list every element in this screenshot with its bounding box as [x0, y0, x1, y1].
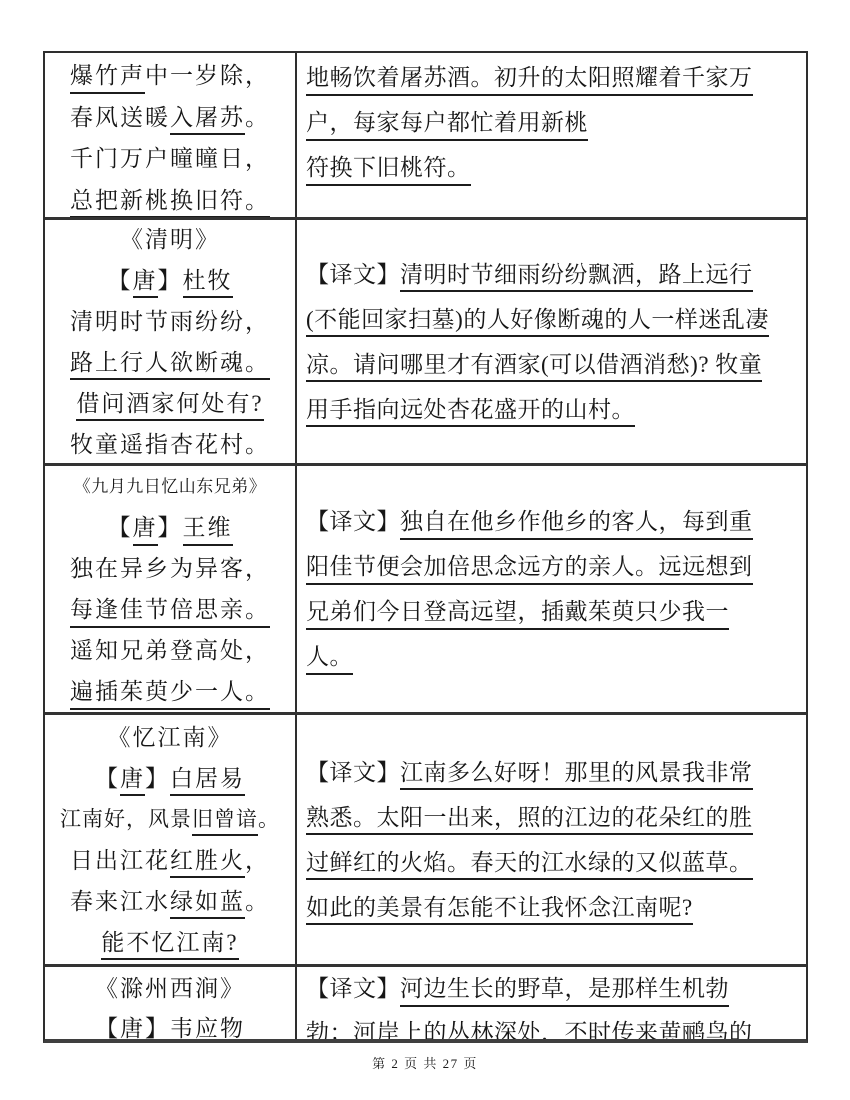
underlined-segment: 绿如蓝 [170, 889, 245, 920]
text-segment: 【 [95, 1016, 120, 1039]
underlined-segment: 能不忆江南? [101, 930, 238, 961]
verse-line: 春来江水绿如蓝。 [70, 881, 270, 922]
underlined-segment: 杜牧 [183, 268, 233, 299]
poem-cell: 《忆江南》【唐】白居易江南好，风景旧曾谙。日出江花红胜火，春来江水绿如蓝。能不忆… [45, 715, 297, 964]
table-row: 《清明》【唐】杜牧清明时节雨纷纷，路上行人欲断魂。借问酒家何处有?牧童遥指杏花村… [45, 217, 806, 463]
poems-table: 爆竹声中一岁除，春风送暖入屠苏。千门万户曈曈日，总把新桃换旧符。地畅饮着屠苏酒。… [43, 51, 808, 1043]
underlined-segment: 红胜火 [170, 848, 245, 879]
table-row: 《九月九日忆山东兄弟》【唐】王维独在异乡为异客，每逢佳节倍思亲。遥知兄弟登高处，… [45, 463, 806, 712]
text-segment: 春风送暖 [70, 105, 170, 130]
underlined-segment: 勃；河岸上的丛林深处，不时传来黄鹂鸟的 [306, 1020, 753, 1039]
underlined-segment: 凉。请问哪里才有酒家(可以借酒消愁)? 牧童 [306, 352, 762, 383]
text-segment: 日出江花 [70, 848, 170, 873]
verse-line: 每逢佳节倍思亲。 [70, 589, 270, 630]
text-segment: 【 [108, 268, 133, 293]
translation-line: 【译文】江南多么好呀！那里的风景我非常 [306, 750, 804, 795]
underlined-segment: 过鲜红的火焰。春天的江水绿的又似蓝草。 [306, 850, 753, 881]
text-segment: 。 [245, 105, 270, 130]
poem-author: 【唐】杜牧 [108, 260, 233, 301]
table-row: 《忆江南》【唐】白居易江南好，风景旧曾谙。日出江花红胜火，春来江水绿如蓝。能不忆… [45, 712, 806, 964]
text-segment: 【译文】 [306, 976, 400, 1001]
poem-cell: 爆竹声中一岁除，春风送暖入屠苏。千门万户曈曈日，总把新桃换旧符。 [45, 53, 297, 217]
verse-line: 路上行人欲断魂。 [70, 342, 270, 383]
text-segment: 】 [145, 1016, 170, 1039]
translation-line: 阳佳节便会加倍思念远方的亲人。远远想到 [306, 544, 804, 589]
translation-line: 人。 [306, 634, 804, 679]
poem-title: 《九月九日忆山东兄弟》 [74, 466, 267, 507]
translation-line: 用手指向远处杏花盛开的山村。 [306, 387, 804, 432]
translation-cell: 地畅饮着屠苏酒。初升的太阳照耀着千家万户，每家每户都忙着用新桃符换下旧桃符。 [297, 53, 806, 217]
text-segment: 春来江水 [70, 889, 170, 914]
poem-title: 《清明》 [120, 220, 220, 260]
translation-line: 勃；河岸上的丛林深处，不时传来黄鹂鸟的 [306, 1011, 804, 1039]
text-segment: 《忆江南》 [108, 725, 233, 750]
underlined-segment: 唐 [133, 268, 158, 299]
poem-title: 《忆江南》 [108, 717, 233, 758]
translation-line: 【译文】独自在他乡作他乡的客人，每到重 [306, 499, 804, 544]
text-segment: ， [245, 848, 270, 873]
underlined-segment: 地畅饮着屠苏酒。初升的太阳照耀着千家万 [306, 65, 753, 96]
text-segment: 清明时节雨纷纷， [70, 309, 270, 334]
text-segment: 【译文】 [306, 262, 400, 287]
underlined-segment: 符换下旧桃符。 [306, 155, 471, 186]
page-number: 第 2 页 共 27 页 [0, 1053, 850, 1072]
underlined-segment: 韦应物 [170, 1016, 245, 1039]
translation-cell: 【译文】独自在他乡作他乡的客人，每到重阳佳节便会加倍思念远方的亲人。远远想到兄弟… [297, 466, 806, 712]
text-segment: 独在异乡为异客， [70, 556, 270, 581]
text-segment: 中一岁除， [145, 63, 270, 88]
translation-line: 凉。请问哪里才有酒家(可以借酒消愁)? 牧童 [306, 342, 804, 387]
underlined-segment: 入屠苏 [170, 105, 245, 136]
underlined-segment: (不能回家扫墓)的人好像断魂的人一样迷乱凄 [306, 307, 769, 338]
underlined-segment: 每逢佳节倍思亲。 [70, 597, 270, 628]
translation-cell: 【译文】清明时节细雨纷纷飘洒，路上远行(不能回家扫墓)的人好像断魂的人一样迷乱凄… [297, 220, 806, 463]
text-segment: 【译文】 [306, 760, 400, 785]
text-segment: 牧童遥指杏花村。 [70, 432, 270, 457]
underlined-segment: 用手指向远处杏花盛开的山村。 [306, 397, 635, 428]
verse-line: 总把新桃换旧符。 [70, 180, 270, 218]
underlined-segment: 独自在他乡作他乡的客人，每到重 [400, 509, 753, 540]
underlined-segment: 兄弟们今日登高远望，插戴茱萸只少我一 [306, 599, 729, 630]
underlined-segment: 如此的美景有怎能不让我怀念江南呢? [306, 895, 693, 926]
poem-cell: 《九月九日忆山东兄弟》【唐】王维独在异乡为异客，每逢佳节倍思亲。遥知兄弟登高处，… [45, 466, 297, 712]
underlined-segment: 户，每家每户都忙着用新桃 [306, 110, 588, 141]
text-segment: 【译文】 [306, 509, 400, 534]
underlined-segment: 人。 [306, 644, 353, 675]
text-segment: 《清明》 [120, 227, 220, 252]
verse-line: 牧童遥指杏花村。 [70, 424, 270, 464]
underlined-segment: 河边生长的野草，是那样生机勃 [400, 976, 729, 1007]
verse-line: 日出江花红胜火， [70, 840, 270, 881]
underlined-segment: 白居易 [170, 766, 245, 797]
translation-cell: 【译文】江南多么好呀！那里的风景我非常熟悉。太阳一出来，照的江边的花朵红的胜过鲜… [297, 715, 806, 964]
underlined-segment: 唐 [120, 766, 145, 797]
poem-author: 【唐】王维 [108, 507, 233, 548]
verse-line: 爆竹声中一岁除， [70, 55, 270, 97]
verse-line: 春风送暖入屠苏。 [70, 97, 270, 139]
translation-line: 如此的美景有怎能不让我怀念江南呢? [306, 885, 804, 930]
poem-cell: 《滁州西涧》【唐】韦应物 [45, 967, 297, 1039]
text-segment: 【 [95, 766, 120, 791]
underlined-segment: 熟悉。太阳一出来，照的江边的花朵红的胜 [306, 805, 753, 836]
verse-line: 遍插茱萸少一人。 [70, 671, 270, 712]
document-page: 爆竹声中一岁除，春风送暖入屠苏。千门万户曈曈日，总把新桃换旧符。地畅饮着屠苏酒。… [0, 0, 850, 1100]
text-segment: 。 [245, 889, 270, 914]
poem-author: 【唐】韦应物 [95, 1009, 245, 1039]
text-segment: 千门万户曈曈日， [70, 146, 270, 171]
translation-line: 【译文】清明时节细雨纷纷飘洒，路上远行 [306, 252, 804, 297]
underlined-segment: 旧曾谙 [192, 807, 258, 837]
translation-line: 【译文】河边生长的野草，是那样生机勃 [306, 967, 804, 1011]
text-segment: 遥知兄弟登高处， [70, 638, 270, 663]
underlined-segment: 清明时节细雨纷纷飘洒，路上远行 [400, 262, 753, 293]
text-segment: 】 [158, 268, 183, 293]
text-segment: 【 [108, 515, 133, 540]
text-segment: 。 [258, 807, 280, 831]
translation-line: 符换下旧桃符。 [306, 145, 804, 190]
translation-line: 熟悉。太阳一出来，照的江边的花朵红的胜 [306, 795, 804, 840]
translation-line: 地畅饮着屠苏酒。初升的太阳照耀着千家万 [306, 55, 804, 100]
underlined-segment: 唐 [120, 1016, 145, 1039]
translation-line: 户，每家每户都忙着用新桃 [306, 100, 804, 145]
text-segment: 《九月九日忆山东兄弟》 [74, 477, 267, 496]
underlined-segment: 王维 [183, 515, 233, 546]
poem-title: 《滁州西涧》 [95, 969, 245, 1009]
verse-line: 借问酒家何处有? [76, 383, 263, 424]
translation-line: 兄弟们今日登高远望，插戴茱萸只少我一 [306, 589, 804, 634]
text-segment: 江南好，风景 [60, 807, 192, 831]
translation-cell: 【译文】河边生长的野草，是那样生机勃勃；河岸上的丛林深处，不时传来黄鹂鸟的 [297, 967, 806, 1039]
text-segment: 】 [145, 766, 170, 791]
underlined-segment: 阳佳节便会加倍思念远方的亲人。远远想到 [306, 554, 753, 585]
translation-line: 过鲜红的火焰。春天的江水绿的又似蓝草。 [306, 840, 804, 885]
text-segment: 《滁州西涧》 [95, 976, 245, 1001]
underlined-segment: 爆竹声 [70, 63, 145, 94]
verse-line: 能不忆江南? [101, 922, 238, 963]
verse-line: 千门万户曈曈日， [70, 138, 270, 180]
table-row: 《滁州西涧》【唐】韦应物【译文】河边生长的野草，是那样生机勃勃；河岸上的丛林深处… [45, 964, 806, 1039]
underlined-segment: 总把新桃换旧符。 [70, 188, 270, 218]
underlined-segment: 唐 [133, 515, 158, 546]
verse-line: 独在异乡为异客， [70, 548, 270, 589]
table-row: 爆竹声中一岁除，春风送暖入屠苏。千门万户曈曈日，总把新桃换旧符。地畅饮着屠苏酒。… [45, 53, 806, 217]
verse-line: 遥知兄弟登高处， [70, 630, 270, 671]
text-segment: 】 [158, 515, 183, 540]
verse-line: 江南好，风景旧曾谙。 [60, 799, 280, 840]
verse-line: 清明时节雨纷纷， [70, 301, 270, 342]
underlined-segment: 借问酒家何处有? [76, 391, 263, 422]
translation-line: (不能回家扫墓)的人好像断魂的人一样迷乱凄 [306, 297, 804, 342]
underlined-segment: 江南多么好呀！那里的风景我非常 [400, 760, 753, 791]
poem-author: 【唐】白居易 [95, 758, 245, 799]
underlined-segment: 路上行人欲断魂。 [70, 350, 270, 381]
poem-cell: 《清明》【唐】杜牧清明时节雨纷纷，路上行人欲断魂。借问酒家何处有?牧童遥指杏花村… [45, 220, 297, 463]
underlined-segment: 遍插茱萸少一人。 [70, 679, 270, 710]
